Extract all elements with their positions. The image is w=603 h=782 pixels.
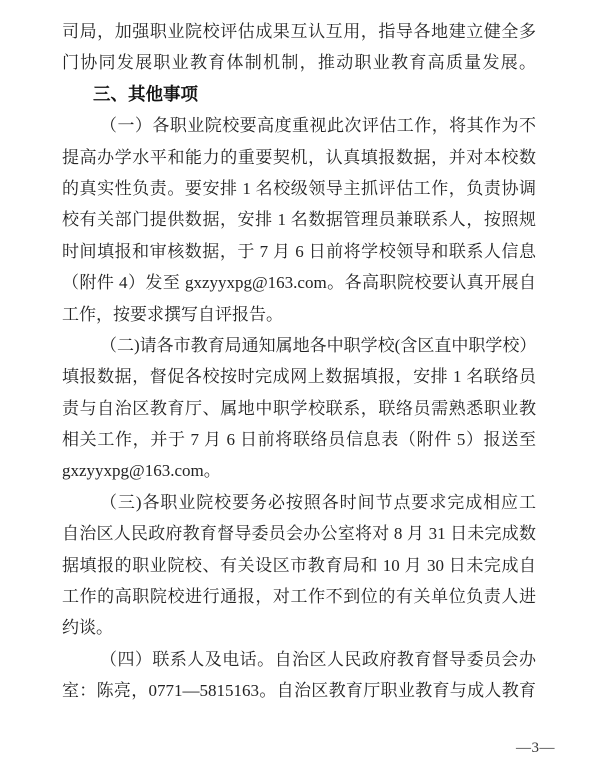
text-line: 约谈。	[62, 612, 536, 643]
text-line: 时间填报和审核数据，于 7 月 6 日前将学校领导和联系人信息表	[62, 236, 536, 267]
text-line: 工作的高职院校进行通报，对工作不到位的有关单位负责人进行	[62, 581, 536, 612]
text-line: （附件 4）发至 gxzyyxpg@163.com。各高职院校要认真开展自评	[62, 267, 536, 298]
text-line: 据填报的职业院校、有关设区市教育局和 10 月 30 日未完成自评	[62, 550, 536, 581]
text-line: 的真实性负责。要安排 1 名校级领导主抓评估工作，负责协调本	[62, 173, 536, 204]
text-line: （四）联系人及电话。自治区人民政府教育督导委员会办公	[62, 644, 536, 675]
text-line: 室：陈亮，0771—5815163。自治区教育厅职业教育与成人教育	[62, 675, 536, 706]
text-line: 门协同发展职业教育体制机制，推动职业教育高质量发展。	[62, 47, 536, 78]
text-line: gxzyyxpg@163.com。	[62, 455, 536, 486]
text-line: （一）各职业院校要高度重视此次评估工作，将其作为不断	[62, 110, 536, 141]
document-body: 司局，加强职业院校评估成果互认互用，指导各地建立健全多部门协同发展职业教育体制机…	[62, 16, 536, 707]
text-line: 相关工作，并于 7 月 6 日前将联络员信息表（附件 5）报送至	[62, 424, 536, 455]
text-line: 责与自治区教育厅、属地中职学校联系，联络员需熟悉职业教育	[62, 393, 536, 424]
section-heading: 三、其他事项	[62, 79, 536, 110]
text-line: 提高办学水平和能力的重要契机，认真填报数据，并对本校数据	[62, 142, 536, 173]
text-line: 司局，加强职业院校评估成果互认互用，指导各地建立健全多部	[62, 16, 536, 47]
text-line: （三)各职业院校要务必按照各时间节点要求完成相应工作。	[62, 487, 536, 518]
page-number: —3—	[516, 740, 555, 757]
text-line: 填报数据，督促各校按时完成网上数据填报，安排 1 名联络员负	[62, 361, 536, 392]
document-page: 司局，加强职业院校评估成果互认互用，指导各地建立健全多部门协同发展职业教育体制机…	[0, 0, 603, 782]
text-line: 自治区人民政府教育督导委员会办公室将对 8 月 31 日未完成数	[62, 518, 536, 549]
text-line: （二)请各市教育局通知属地各中职学校(含区直中职学校）	[62, 330, 536, 361]
text-line: 工作，按要求撰写自评报告。	[62, 299, 536, 330]
text-line: 校有关部门提供数据，安排 1 名数据管理员兼联系人，按照规定	[62, 204, 536, 235]
